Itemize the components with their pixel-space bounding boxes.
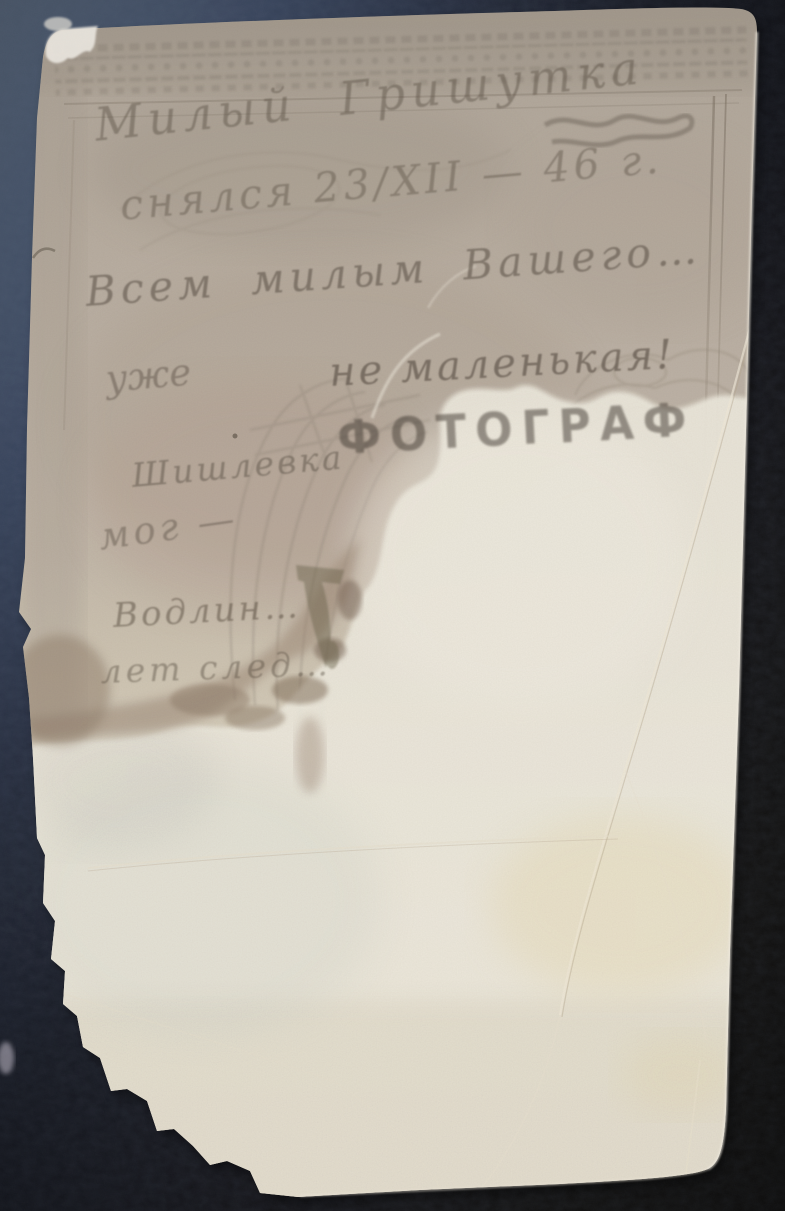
photo-grain — [0, 0, 785, 1211]
photo-scene: Милый Гришутка снялся 23/XII — 46 г. Все… — [0, 0, 785, 1211]
photo-illustration — [0, 0, 785, 1211]
